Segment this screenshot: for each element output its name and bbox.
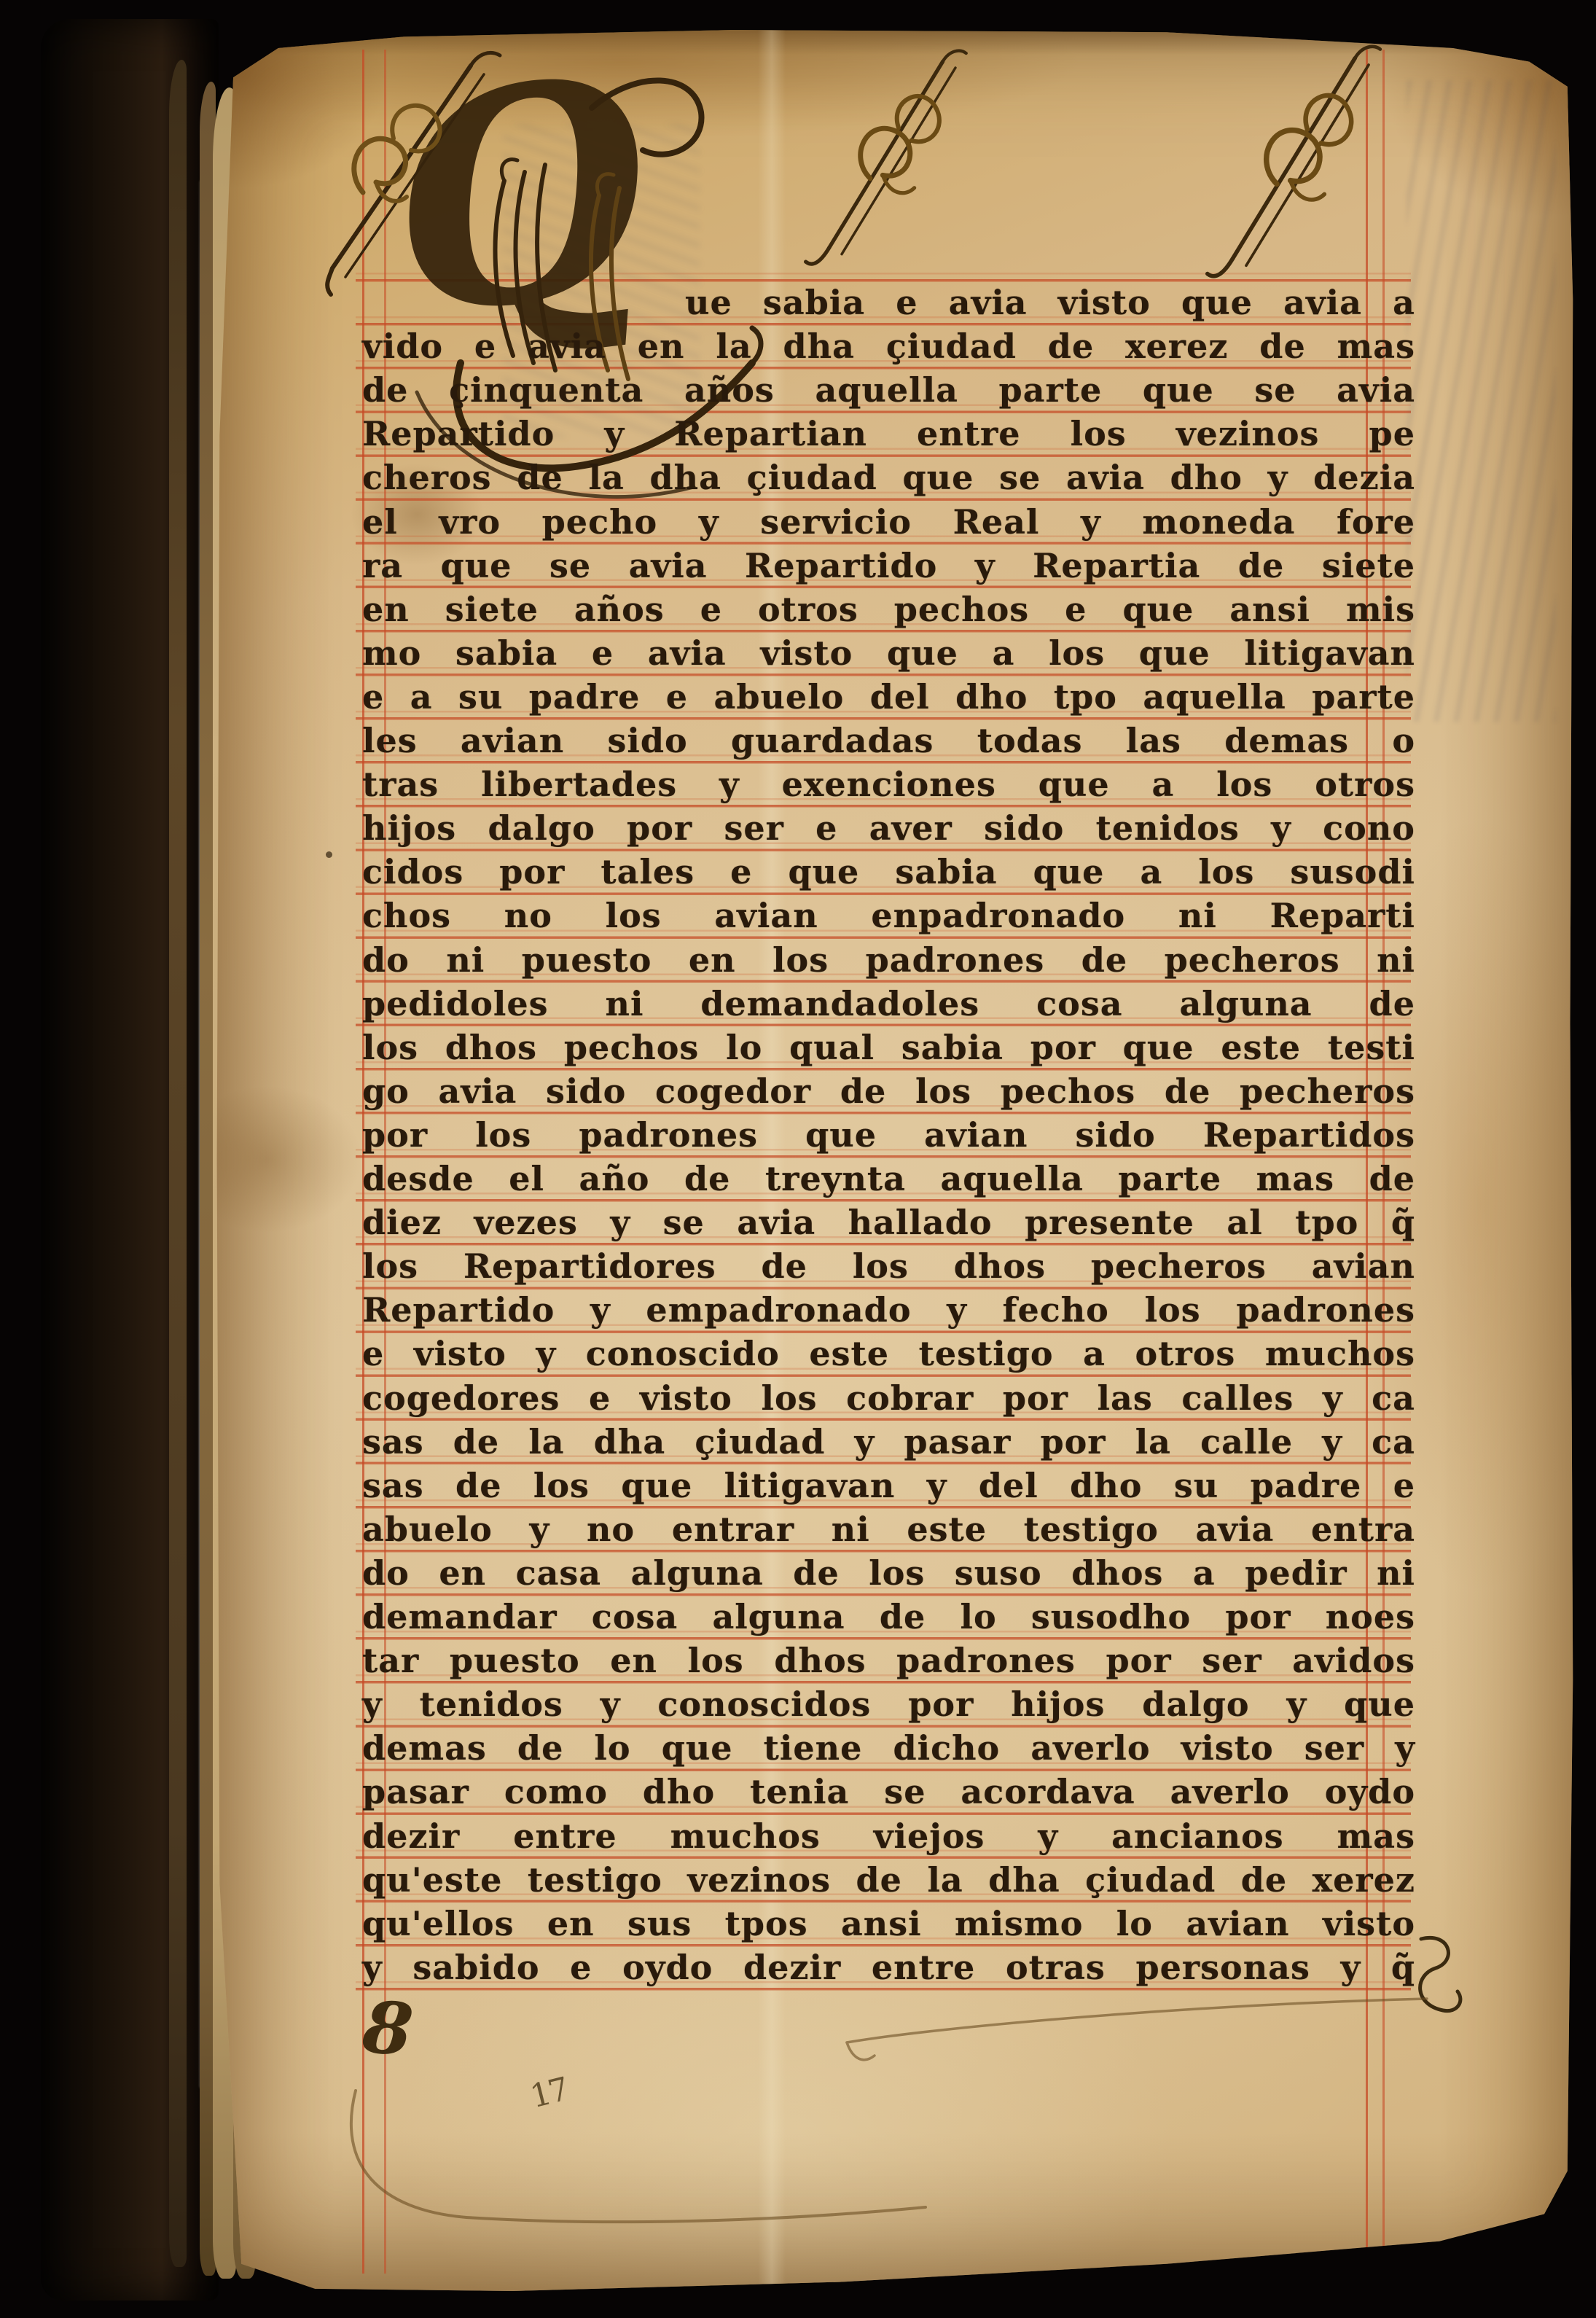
- manuscript-line: en siete años e otros pechos e que ansi …: [362, 586, 1415, 631]
- manuscript-line: el vro pecho y servicio Real y moneda fo…: [362, 499, 1415, 543]
- manuscript-line: cidos por tales e que sabia que a los su…: [362, 848, 1415, 893]
- manuscript-line: chos no los avian enpadronado ni Reparti: [362, 892, 1415, 937]
- manuscript-line: pedidoles ni demandadoles cosa alguna de: [362, 980, 1415, 1025]
- manuscript-line: demandar cosa alguna de lo susodho por n…: [362, 1593, 1415, 1638]
- manuscript-line: les avian sido guardadas todas las demas…: [362, 717, 1415, 762]
- manuscript-line: ra que se avia Repartido y Repartia de s…: [362, 542, 1415, 587]
- manuscript-line: e a su padre e abuelo del dho tpo aquell…: [362, 674, 1415, 718]
- manuscript-line: desde el año de treynta aquella parte ma…: [362, 1155, 1415, 1200]
- manuscript-line: mo sabia e avia visto que a los que liti…: [362, 630, 1415, 674]
- manuscript-line: hijos dalgo por ser e aver sido tenidos …: [362, 805, 1415, 849]
- manuscript-line: los Repartidores de los dhos pecheros av…: [362, 1243, 1415, 1287]
- manuscript-line: sas de la dha çiudad y pasar por la call…: [362, 1418, 1415, 1463]
- manuscript-line: demas de lo que tiene dicho averlo visto…: [362, 1725, 1415, 1769]
- manuscript-line: go avia sido cogedor de los pechos de pe…: [362, 1068, 1415, 1112]
- manuscript-line: ue sabia e avia visto que avia a: [685, 279, 1415, 324]
- manuscript-line: do ni puesto en los padrones de pecheros…: [362, 937, 1415, 981]
- manuscript-line: e visto y conoscido este testigo a otros…: [362, 1330, 1415, 1375]
- pen-flourish-knot: [1195, 29, 1399, 284]
- photographed-book: { "manuscript": { "initial": "Q", "lines…: [0, 0, 1596, 2318]
- manuscript-line: Repartido y empadronado y fecho los padr…: [362, 1287, 1415, 1331]
- manuscript-line: cheros de la dha çiudad que se avia dho …: [362, 454, 1415, 499]
- pen-flourish-knot: [794, 33, 984, 273]
- manuscript-line: tar puesto en los dhos padrones por ser …: [362, 1637, 1415, 1682]
- margin-dot: [326, 851, 332, 858]
- manuscript-line: cogedores e visto los cobrar por las cal…: [362, 1375, 1415, 1419]
- manuscript-line: pasar como dho tenia se acordava averlo …: [362, 1768, 1415, 1813]
- manuscript-line: diez vezes y se avia hallado presente al…: [362, 1199, 1415, 1244]
- pen-stroke-flourish: [213, 1881, 1576, 2289]
- manuscript-line: abuelo y no entrar ni este testigo avia …: [362, 1506, 1415, 1550]
- manuscript-line: tras libertades y exenciones que a los o…: [362, 761, 1415, 805]
- manuscript-line: y tenidos y conoscidos por hijos dalgo y…: [362, 1681, 1415, 1725]
- manuscript-line: de çinquenta años aquella parte que se a…: [362, 367, 1415, 411]
- manuscript-line: dezir entre muchos viejos y ancianos mas: [362, 1813, 1415, 1857]
- parchment-page: Q: [213, 28, 1576, 2291]
- ink-showthrough: [1407, 80, 1556, 722]
- manuscript-line: Repartido y Repartian entre los vezinos …: [362, 410, 1415, 455]
- manuscript-line: los dhos pechos lo qual sabia por que es…: [362, 1024, 1415, 1069]
- manuscript-line: do en casa alguna de los suso dhos a ped…: [362, 1550, 1415, 1594]
- manuscript-line: vido e avia en la dha çiudad de xerez de…: [362, 323, 1415, 367]
- manuscript-line: sas de los que litigavan y del dho su pa…: [362, 1462, 1415, 1507]
- manuscript-line: por los padrones que avian sido Repartid…: [362, 1112, 1415, 1156]
